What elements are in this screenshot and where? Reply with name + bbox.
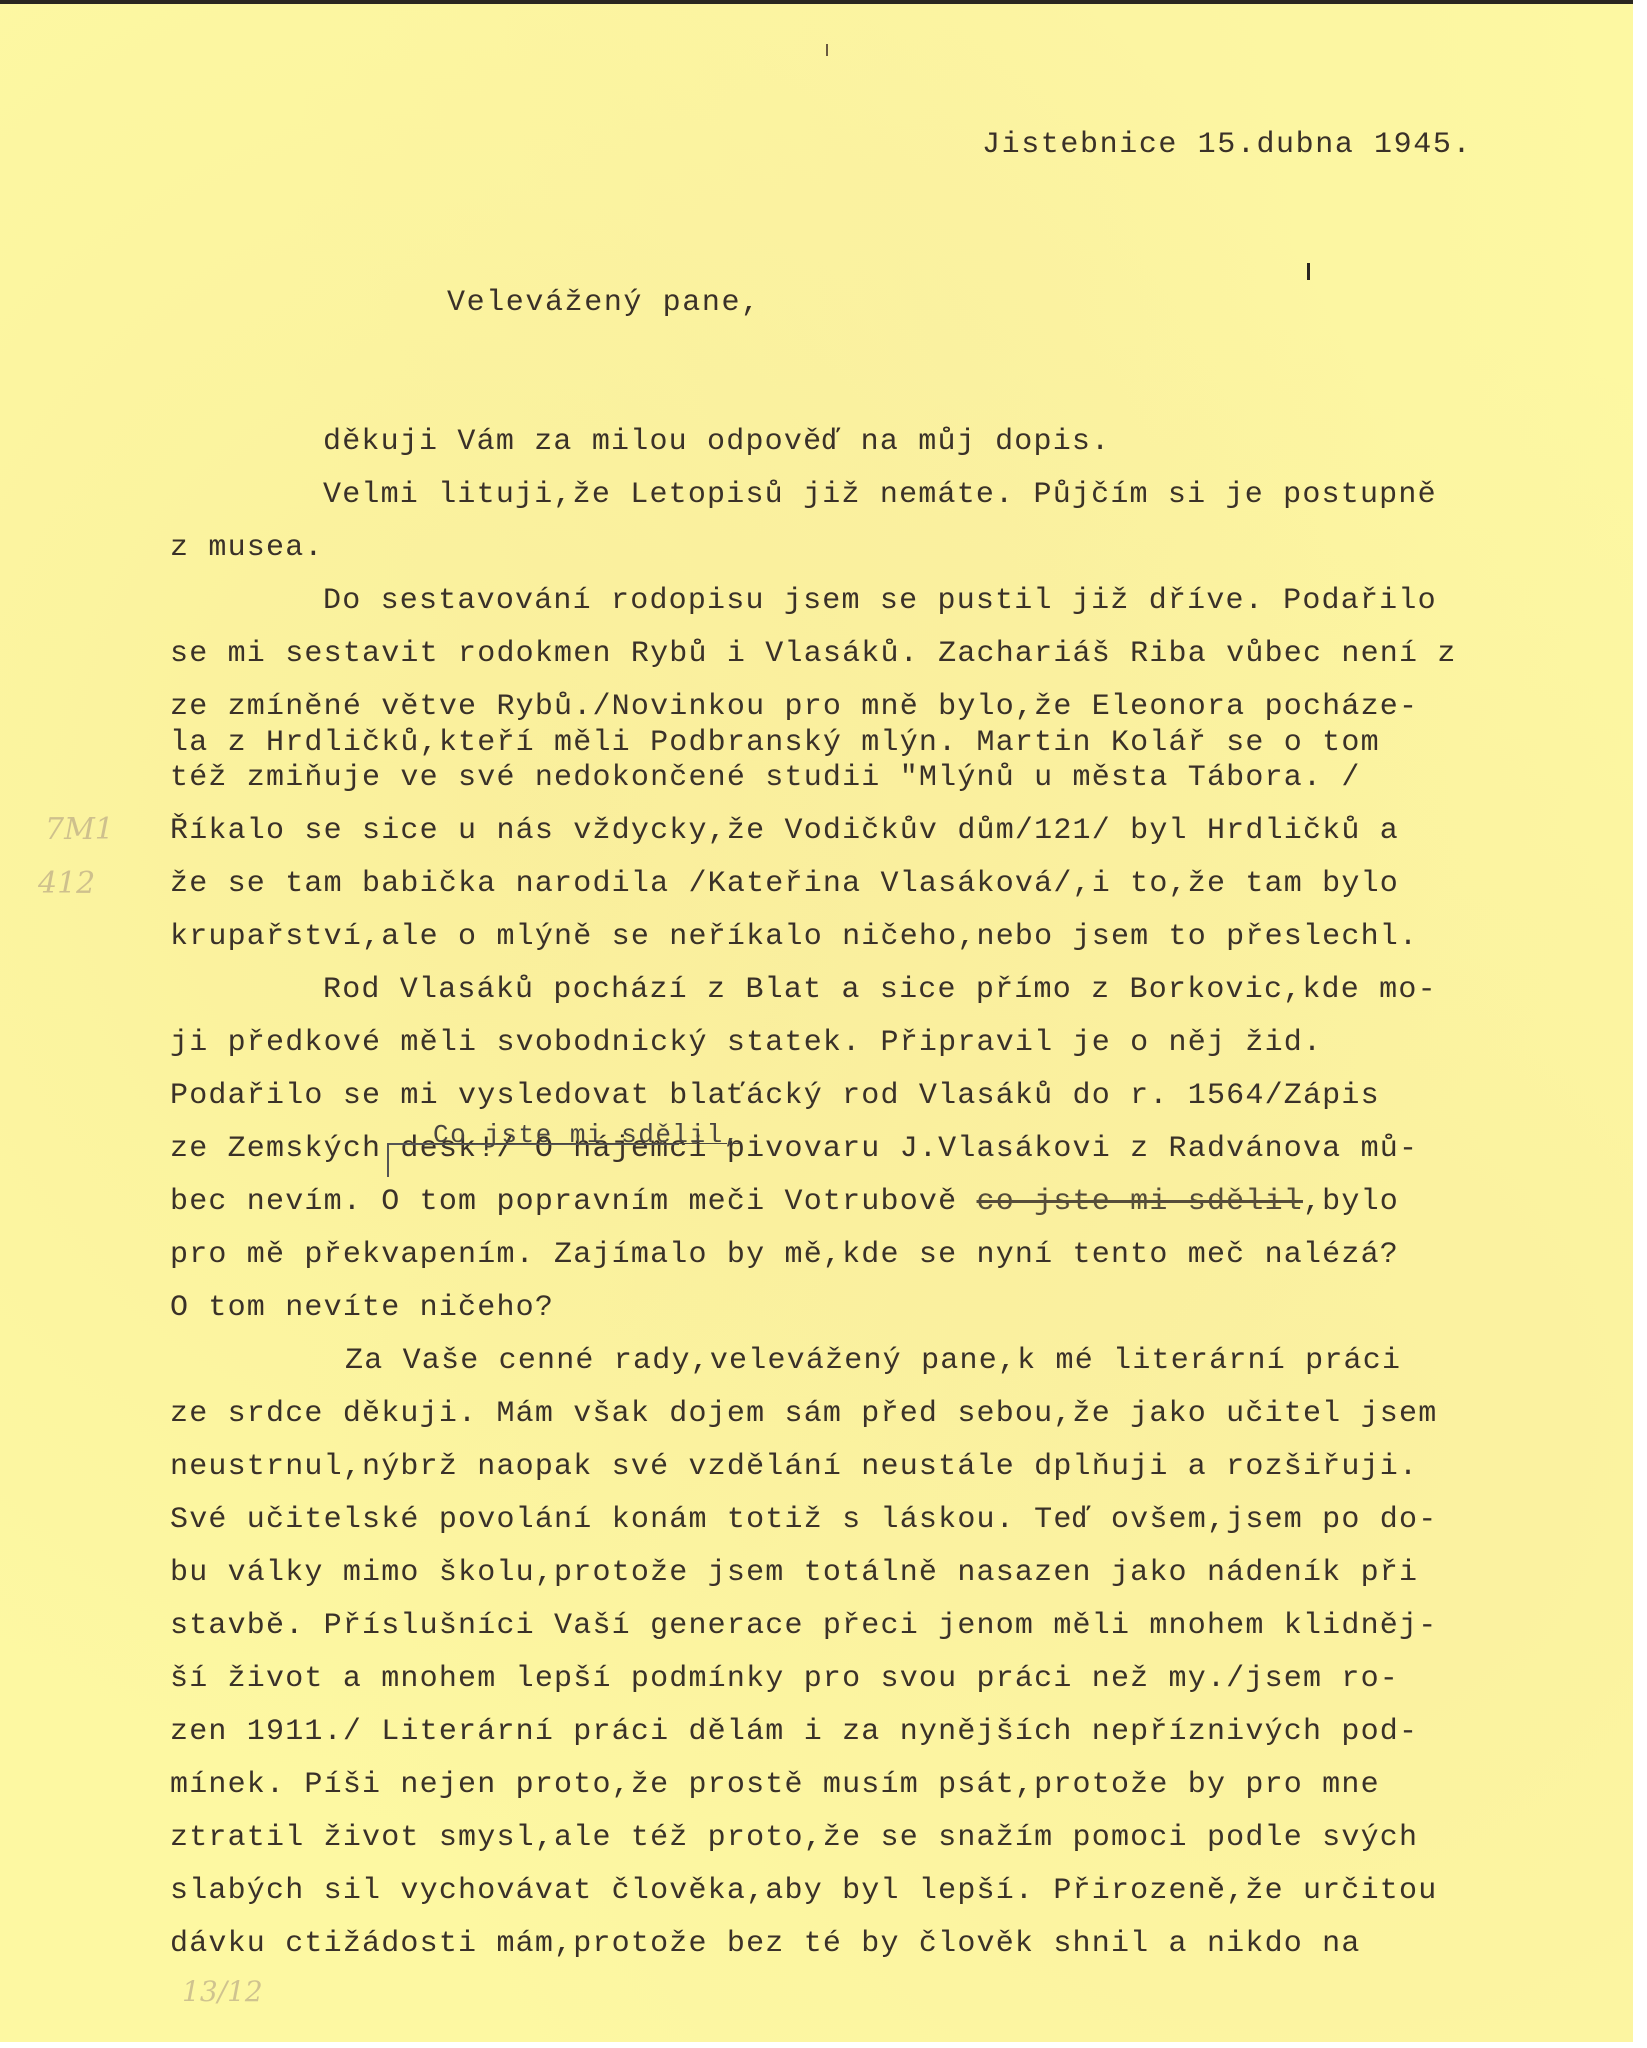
letter-page: Jistebnice 15.dubna 1945. Velevážený pan… — [0, 0, 1633, 2042]
typewriter-mark — [1307, 263, 1310, 280]
pencil-margin-note: 7M1 — [45, 812, 114, 847]
typed-line: ší život a mnohem lepší podmínky pro svo… — [170, 1661, 1399, 1697]
typed-line: dávku ctižádosti mám,protože bez té by č… — [170, 1926, 1361, 1962]
typed-line: stavbě. Příslušníci Vaší generace přeci … — [170, 1608, 1437, 1644]
typed-line: la z Hrdličků,kteří měli Podbranský mlýn… — [170, 725, 1380, 761]
typed-line: ztratil život smysl,ale též proto,že se … — [170, 1820, 1418, 1856]
typed-line: zen 1911./ Literární práci dělám i za ny… — [170, 1714, 1418, 1750]
typed-line: ji předkové měli svobodnický statek. Při… — [170, 1025, 1322, 1061]
typed-line: slabých sil vychovávat člověka,aby byl l… — [170, 1873, 1437, 1909]
typed-line: bec nevím. O tom popravním meči Votrubov… — [170, 1184, 1399, 1220]
typed-line: se mi sestavit rodokmen Rybů i Vlasáků. … — [170, 636, 1457, 672]
typed-line: bu války mimo školu,protože jsem totálně… — [170, 1555, 1418, 1591]
typed-line: z musea. — [170, 530, 324, 566]
typed-line: děkuji Vám za milou odpověď na můj dopis… — [323, 424, 1110, 460]
typed-line: ze zmíněné větve Rybů./Novinkou pro mně … — [170, 689, 1418, 725]
typed-line: Své učitelské povolání konám totiž s lás… — [170, 1502, 1437, 1538]
paper-mark — [826, 44, 828, 56]
typed-line: Říkalo se sice u nás vždycky,že Vodičkův… — [170, 813, 1399, 849]
typed-line: Velmi lituji,že Letopisů již nemáte. Půj… — [323, 477, 1437, 513]
scan-edge-bottom — [0, 2042, 1647, 2048]
pencil-page-note: 13/12 — [182, 1975, 263, 2008]
typed-line: ze Zemských desk!/ O nájemci pivovaru J.… — [170, 1131, 1418, 1167]
pencil-margin-note: 412 — [38, 866, 95, 901]
salutation: Velevážený pane, — [447, 285, 761, 321]
struck-out-text: co jste mi sdělil — [977, 1185, 1303, 1219]
typed-line: krupařství,ale o mlýně se neříkalo ničeh… — [170, 919, 1418, 955]
typed-line: Rod Vlasáků pochází z Blat a sice přímo … — [323, 972, 1437, 1008]
scan-edge-top — [0, 0, 1647, 4]
place-date: Jistebnice 15.dubna 1945. — [982, 127, 1472, 163]
typed-line: Do sestavování rodopisu jsem se pustil j… — [323, 583, 1437, 619]
typed-line: mínek. Píši nejen proto,že prostě musím … — [170, 1767, 1380, 1803]
scan-edge-right — [1633, 0, 1647, 2048]
typed-line: O tom nevíte ničeho? — [170, 1290, 554, 1326]
typed-line: neustrnul,nýbrž naopak své vzdělání neus… — [170, 1449, 1418, 1485]
typed-line: též zmiňuje ve své nedokončené studii "M… — [170, 760, 1361, 796]
typed-line: Podařilo se mi vysledovat blaťácký rod V… — [170, 1078, 1380, 1114]
typed-line: pro mě překvapením. Zajímalo by mě,kde s… — [170, 1237, 1399, 1273]
inserted-text: Co jste mi sdělil, — [433, 1120, 741, 1150]
typed-line: Za Vaše cenné rady,velevážený pane,k mé … — [345, 1343, 1401, 1379]
typed-line: že se tam babička narodila /Kateřina Vla… — [170, 866, 1399, 902]
typed-line: ze srdce děkuji. Mám však dojem sám před… — [170, 1396, 1437, 1432]
